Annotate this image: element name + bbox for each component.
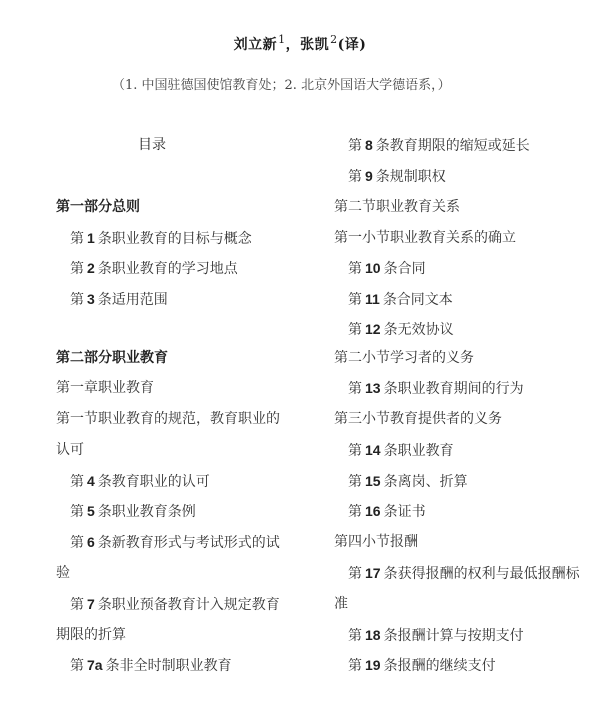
toc-title: 目录 (138, 136, 166, 154)
article-number: 17 (365, 565, 381, 581)
toc-section-entry: 第一小节职业教育关系的确立 (334, 229, 516, 247)
toc-section-entry: 认可 (56, 441, 84, 459)
article-number: 10 (365, 260, 381, 276)
toc-article-entry: 第4条教育职业的认可 (70, 472, 210, 491)
toc-article-entry: 第18条报酬计算与按期支付 (348, 626, 524, 645)
toc-article-entry: 第3条适用范围 (70, 290, 168, 309)
article-title: 条新教育形式与考试形式的试 (98, 535, 280, 551)
article-title: 条报酬计算与按期支付 (384, 628, 524, 644)
toc-article-entry: 第8条教育期限的缩短或延长 (348, 136, 530, 155)
toc-article-entry: 第7a条非全时制职业教育 (70, 656, 232, 675)
toc-article-entry: 第5条职业教育条例 (70, 502, 196, 521)
article-number: 18 (365, 627, 381, 643)
toc-article-entry: 第14条职业教育 (348, 441, 454, 460)
article-prefix: 第 (70, 292, 84, 308)
article-title: 条获得报酬的权利与最低报酬标 (384, 566, 580, 582)
article-number: 2 (87, 260, 95, 276)
toc-article-entry: 第11条合同文本 (348, 290, 453, 309)
toc-article-entry: 第7条职业预备教育计入规定教育 (70, 595, 280, 614)
article-title: 条合同文本 (383, 292, 453, 308)
article-title: 条教育职业的认可 (98, 474, 210, 490)
toc-article-entry: 第1条职业教育的目标与概念 (70, 229, 252, 248)
toc-article-entry: 第17条获得报酬的权利与最低报酬标 (348, 564, 580, 583)
toc-article-entry: 第6条新教育形式与考试形式的试 (70, 533, 280, 552)
article-number: 19 (365, 657, 381, 673)
toc-article-entry: 第15条离岗、折算 (348, 472, 468, 491)
article-prefix: 第 (348, 658, 362, 674)
article-number: 13 (365, 380, 381, 396)
article-number: 12 (365, 321, 381, 337)
article-prefix: 第 (348, 169, 362, 185)
toc-article-entry: 第19条报酬的继续支付 (348, 656, 496, 675)
toc-section-entry: 期限的折算 (56, 626, 126, 644)
article-number: 7a (87, 657, 103, 673)
article-prefix: 第 (70, 658, 84, 674)
article-title: 条职业教育条例 (98, 504, 196, 520)
author-name: 张凯 (300, 37, 329, 53)
article-title: 条职业教育的学习地点 (98, 261, 238, 277)
article-title: 条职业教育 (384, 443, 454, 459)
article-title: 条无效协议 (384, 322, 454, 338)
article-title: 条规制职权 (376, 169, 446, 185)
article-prefix: 第 (348, 504, 362, 520)
toc-article-entry: 第9条规制职权 (348, 167, 446, 186)
article-title: 条职业教育期间的行为 (384, 381, 524, 397)
article-prefix: 第 (70, 535, 84, 551)
toc-article-entry: 第13条职业教育期间的行为 (348, 379, 524, 398)
toc-part-heading: 第二部分职业教育 (56, 349, 168, 367)
article-prefix: 第 (70, 474, 84, 490)
article-prefix: 第 (348, 566, 362, 582)
author-separator: ， (286, 37, 301, 53)
author-name: 刘立新 (234, 37, 278, 53)
article-prefix: 第 (70, 231, 84, 247)
toc-section-entry: 第一节职业教育的规范，教育职业的 (56, 410, 280, 428)
article-prefix: 第 (348, 261, 362, 277)
article-prefix: 第 (70, 261, 84, 277)
article-prefix: 第 (348, 322, 362, 338)
article-prefix: 第 (348, 628, 362, 644)
article-number: 7 (87, 596, 95, 612)
toc-part-heading: 第一部分总则 (56, 198, 140, 216)
toc-section-entry: 第二小节学习者的义务 (334, 349, 474, 367)
article-number: 3 (87, 291, 95, 307)
article-title: 条职业教育的目标与概念 (98, 231, 252, 247)
article-number: 9 (365, 168, 373, 184)
authors-line: 刘立新1，张凯2(译) (0, 33, 600, 54)
toc-article-entry: 第12条无效协议 (348, 320, 454, 339)
article-title: 条报酬的继续支付 (384, 658, 496, 674)
article-prefix: 第 (348, 474, 362, 490)
article-prefix: 第 (348, 381, 362, 397)
toc-section-entry: 第二节职业教育关系 (334, 198, 460, 216)
toc-section-entry: 第一章职业教育 (56, 379, 154, 397)
translator-note: (译) (338, 37, 367, 53)
article-number: 8 (365, 137, 373, 153)
toc-section-entry: 第四小节报酬 (334, 533, 418, 551)
article-number: 6 (87, 534, 95, 550)
article-prefix: 第 (70, 504, 84, 520)
article-title: 条教育期限的缩短或延长 (376, 138, 530, 154)
toc-section-entry: 准 (334, 595, 348, 613)
toc-article-entry: 第10条合同 (348, 259, 426, 278)
article-title: 条合同 (384, 261, 426, 277)
toc-article-entry: 第2条职业教育的学习地点 (70, 259, 238, 278)
article-title: 条离岗、折算 (384, 474, 468, 490)
affiliation-marker: 2 (330, 33, 338, 46)
article-number: 16 (365, 503, 381, 519)
article-title: 条适用范围 (98, 292, 168, 308)
article-number: 4 (87, 473, 95, 489)
affiliation-marker: 1 (278, 33, 286, 46)
article-title: 条非全时制职业教育 (106, 658, 232, 674)
article-prefix: 第 (348, 138, 362, 154)
toc-section-entry: 第三小节教育提供者的义务 (334, 410, 502, 428)
article-number: 11 (365, 291, 380, 307)
article-number: 14 (365, 442, 381, 458)
toc-article-entry: 第16条证书 (348, 502, 426, 521)
article-prefix: 第 (348, 292, 362, 308)
article-number: 5 (87, 503, 95, 519)
article-title: 条职业预备教育计入规定教育 (98, 597, 280, 613)
toc-section-entry: 验 (56, 564, 70, 582)
article-prefix: 第 (348, 443, 362, 459)
article-number: 15 (365, 473, 381, 489)
article-title: 条证书 (384, 504, 426, 520)
article-number: 1 (87, 230, 95, 246)
affiliation-line: （1. 中国驻德国使馆教育处；2. 北京外国语大学德语系，） (112, 74, 451, 93)
article-prefix: 第 (70, 597, 84, 613)
